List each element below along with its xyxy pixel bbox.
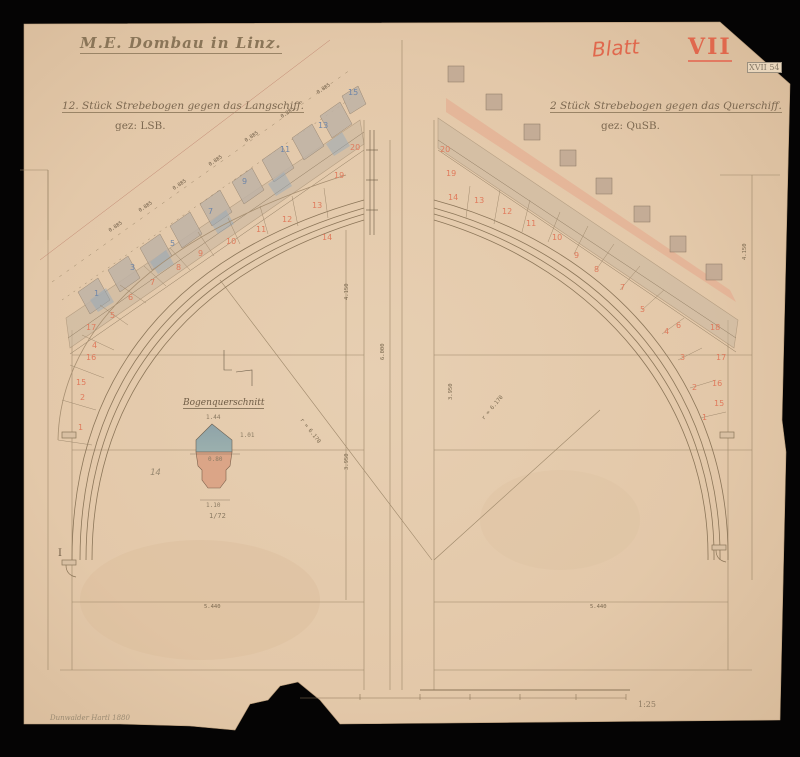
svg-text:20: 20 xyxy=(440,145,450,154)
svg-text:20: 20 xyxy=(350,143,360,152)
svg-text:1: 1 xyxy=(78,423,83,432)
section-scale-note: 1/72 xyxy=(209,512,226,520)
draftsman-signature: Dunwalder Hartl 1880 xyxy=(50,714,130,722)
svg-text:9: 9 xyxy=(574,251,579,260)
svg-text:15: 15 xyxy=(76,378,86,387)
drawing-sheet: 1 2 15 16 17 4 5 6 7 8 9 10 11 12 13 14 … xyxy=(0,0,800,757)
svg-text:1: 1 xyxy=(702,413,707,422)
svg-text:11: 11 xyxy=(280,145,290,154)
section-dim-right: 1.01 xyxy=(240,432,254,439)
svg-text:12: 12 xyxy=(502,207,512,216)
svg-text:18: 18 xyxy=(710,323,720,332)
svg-text:11: 11 xyxy=(526,219,536,228)
svg-text:4: 4 xyxy=(664,327,669,336)
svg-text:15: 15 xyxy=(348,88,358,97)
section-dim-mid: 0.80 xyxy=(208,456,222,463)
stray-mark: 14 xyxy=(150,468,161,478)
scale-bar-label: 1:25 xyxy=(638,700,656,709)
svg-text:15: 15 xyxy=(714,399,724,408)
svg-text:10: 10 xyxy=(226,237,236,246)
pier-marker-left: I xyxy=(58,548,62,559)
svg-text:8: 8 xyxy=(176,263,181,272)
left-panel-caption: 12. Stück Strebebogen gegen das Langschi… xyxy=(62,100,304,113)
svg-text:9: 9 xyxy=(242,177,247,186)
svg-text:17: 17 xyxy=(716,353,726,362)
svg-text:7: 7 xyxy=(620,283,625,292)
sheet-label: Blatt xyxy=(591,34,640,61)
sheet-number: VII xyxy=(688,34,732,62)
svg-text:7: 7 xyxy=(150,278,155,287)
svg-text:2: 2 xyxy=(692,383,697,392)
section-dim-top: 1.44 xyxy=(206,414,220,421)
svg-text:10: 10 xyxy=(552,233,562,242)
svg-text:11: 11 xyxy=(256,225,266,234)
svg-text:12: 12 xyxy=(282,215,292,224)
svg-text:9: 9 xyxy=(198,249,203,258)
section-dim-bottom: 1.10 xyxy=(206,502,220,509)
svg-text:5: 5 xyxy=(170,239,175,248)
svg-text:14: 14 xyxy=(322,233,332,242)
right-panel-caption: 2 Stück Strebebogen gegen das Querschiff… xyxy=(550,100,782,113)
svg-text:5.440: 5.440 xyxy=(204,604,221,610)
svg-text:16: 16 xyxy=(712,379,722,388)
svg-text:17: 17 xyxy=(86,323,96,332)
svg-text:5.440: 5.440 xyxy=(590,604,607,610)
svg-text:19: 19 xyxy=(446,169,456,178)
svg-text:6: 6 xyxy=(128,293,133,302)
section-detail-title: Bogenquerschnitt xyxy=(183,398,264,409)
left-panel-reference: gez: LSB. xyxy=(115,120,166,132)
svg-text:13: 13 xyxy=(318,121,328,130)
svg-text:4.150: 4.150 xyxy=(742,243,748,260)
svg-text:3.950: 3.950 xyxy=(448,383,454,400)
svg-text:3.950: 3.950 xyxy=(344,453,350,470)
svg-text:2: 2 xyxy=(80,393,85,402)
right-panel-reference: gez: QuSB. xyxy=(601,120,660,132)
svg-text:8: 8 xyxy=(594,265,599,274)
svg-text:6: 6 xyxy=(676,321,681,330)
svg-text:4: 4 xyxy=(92,341,97,350)
svg-text:4.150: 4.150 xyxy=(344,283,350,300)
svg-text:5: 5 xyxy=(640,305,645,314)
svg-text:19: 19 xyxy=(334,171,344,180)
svg-text:6.000: 6.000 xyxy=(380,343,386,360)
svg-text:13: 13 xyxy=(312,201,322,210)
svg-text:5: 5 xyxy=(110,311,115,320)
svg-text:13: 13 xyxy=(474,196,484,205)
svg-text:3: 3 xyxy=(130,263,135,272)
svg-text:1: 1 xyxy=(94,289,99,298)
svg-text:14: 14 xyxy=(448,193,458,202)
document-title: M.E. Dombau in Linz. xyxy=(80,34,282,54)
svg-text:16: 16 xyxy=(86,353,96,362)
svg-text:7: 7 xyxy=(208,207,213,216)
archive-stamp: XVII 54 xyxy=(747,62,782,73)
svg-text:3: 3 xyxy=(680,353,685,362)
